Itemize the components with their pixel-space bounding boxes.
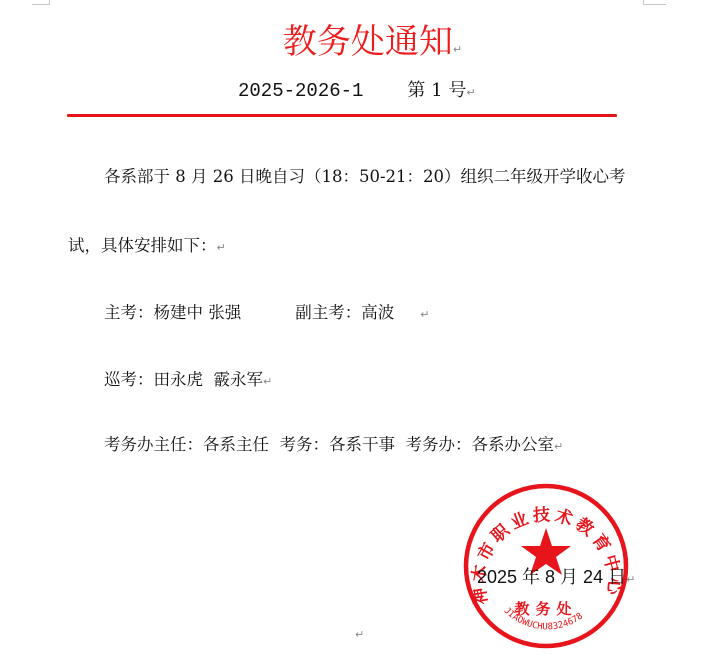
intro-line2-text: 试，具体安排如下： bbox=[68, 236, 217, 255]
term-code: 2025-2026-1 bbox=[238, 80, 363, 102]
paragraph-mark-icon: ↵ bbox=[355, 628, 364, 641]
examiners-line: 主考：杨建中 张强副主考：高波↵ bbox=[104, 299, 429, 323]
notice-title: 教务处通知↵ bbox=[0, 14, 715, 63]
paragraph-mark-icon: ↵ bbox=[466, 86, 475, 99]
chief-examiner: 主考：杨建中 张强 bbox=[104, 303, 241, 322]
page-corner-mark-left bbox=[32, 0, 50, 5]
paragraph-mark-icon: ↵ bbox=[626, 573, 635, 586]
title-text: 教务处通知 bbox=[283, 22, 453, 62]
body-intro-line2: 试，具体安排如下：↵ bbox=[68, 232, 226, 256]
red-header-rule bbox=[67, 114, 617, 117]
paragraph-mark-icon: ↵ bbox=[554, 440, 563, 453]
stamp-center-text: 教务处 bbox=[514, 600, 577, 618]
patrol-examiners: 巡考：田永虎 霰永军 bbox=[104, 370, 263, 389]
notice-number: 第 1 号 bbox=[407, 80, 466, 101]
paragraph-mark-icon: ↵ bbox=[263, 375, 272, 388]
office-assignments: 考务办主任：各系主任 考务：各系干事 考务办：各系办公室 bbox=[104, 435, 554, 454]
paragraph-mark-icon: ↵ bbox=[420, 308, 429, 321]
page-corner-mark-right bbox=[643, 0, 666, 5]
document-number: 2025-2026-1第 1 号↵ bbox=[238, 76, 476, 102]
patrol-line: 巡考：田永虎 霰永军↵ bbox=[104, 366, 272, 390]
deputy-examiner: 副主考：高波 bbox=[295, 303, 394, 322]
date-text: 2025 年 8 月 24 日 bbox=[477, 567, 626, 587]
paragraph-mark-icon: ↵ bbox=[217, 241, 226, 254]
office-line: 考务办主任：各系主任 考务：各系干事 考务办：各系办公室↵ bbox=[104, 431, 563, 455]
paragraph-mark-icon: ↵ bbox=[453, 43, 462, 56]
body-intro-line1: 各系部于 8 月 26 日晚自习（18：50-21：20）组织二年级开学收心考 bbox=[104, 163, 626, 187]
issue-date: 2025 年 8 月 24 日↵ bbox=[477, 563, 635, 589]
